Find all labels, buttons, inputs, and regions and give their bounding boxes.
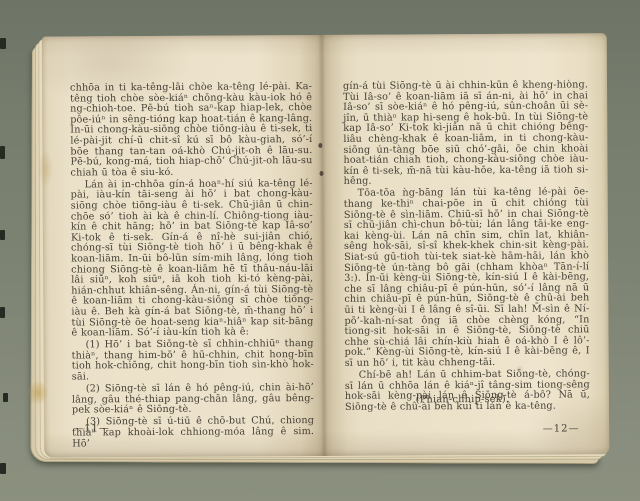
book-page-surface: chhōa in ti ka-têng-lāi chòe ka-têng lé-… xyxy=(42,33,610,457)
scan-edge-artifact xyxy=(0,38,6,49)
paragraph: gín-á tùi Siōng-tè ū ài chhin-kūn ê khen… xyxy=(343,80,589,187)
photo-background: chhōa in ti ka-têng-lāi chòe ka-têng lé-… xyxy=(0,0,640,501)
scan-edge-artifact xyxy=(0,463,6,474)
staple-mark xyxy=(320,171,324,176)
scan-edge-artifact xyxy=(3,393,8,402)
editor-signature: (Phian-chhip-sek). xyxy=(345,393,580,405)
open-book: chhōa in ti ka-têng-lāi chòe ka-têng lé-… xyxy=(29,31,610,465)
scan-edge-artifact xyxy=(0,146,5,159)
right-page: gín-á tùi Siōng-tè ū ài chhin-kūn ê khen… xyxy=(343,80,590,414)
paragraph: Lán ài in-chhōa gín-á hoaⁿ-hí siú ka-tên… xyxy=(71,179,314,339)
page-number-left: —11— xyxy=(73,423,110,434)
left-page: chhōa in ti ka-têng-lāi chòe ka-têng lé-… xyxy=(70,82,314,451)
paragraph: (1) Hō’ i bat Siōng-tè sī chhin-chhiūⁿ t… xyxy=(72,339,314,383)
scan-edge-artifact xyxy=(0,307,5,318)
paragraph: chhōa in ti ka-têng-lāi chòe ka-têng lé-… xyxy=(70,82,313,179)
paragraph: Tōa-tōa ǹg-bāng lán tùi ka-têng lé-pài ō… xyxy=(344,188,590,370)
paragraph: (2) Siōng-tè sī lán ê hó pêng-iú, chin à… xyxy=(72,383,314,416)
scan-edge-artifact xyxy=(0,230,5,240)
staple-mark xyxy=(318,143,322,148)
page-number-right: —12— xyxy=(535,423,587,434)
paragraph: Chí-bē ah! Lán ū chhim-bat Siōng-tè, chó… xyxy=(345,369,590,413)
